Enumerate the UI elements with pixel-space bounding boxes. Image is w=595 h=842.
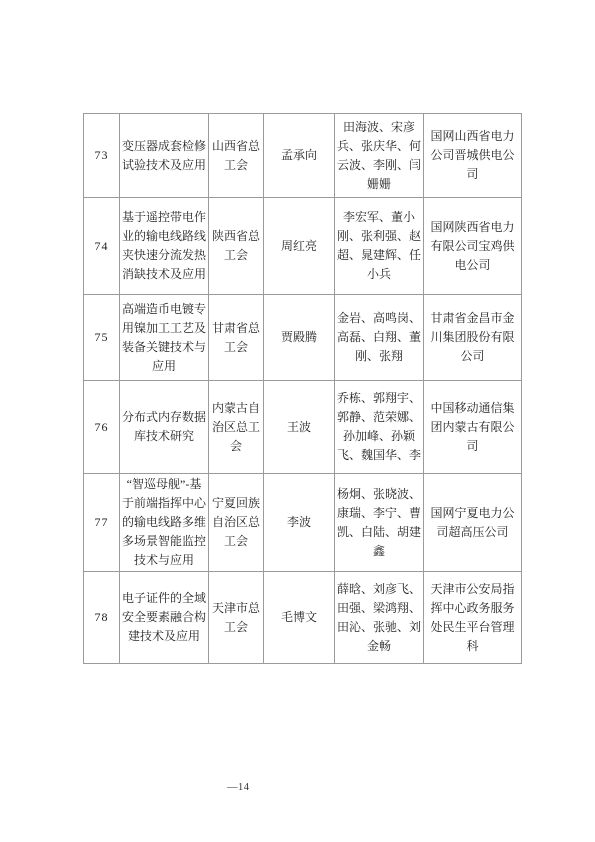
row-number: 78	[84, 572, 120, 664]
project-leader: 毛博文	[264, 572, 335, 664]
team-members: 田海波、宋彦兵、张庆华、何云波、李刚、闫姗姗	[335, 114, 424, 198]
recommending-union: 宁夏回族自治区总工会	[209, 474, 264, 572]
row-number: 76	[84, 381, 120, 474]
work-unit: 甘肃省金昌市金川集团股份有限公司	[424, 295, 522, 381]
project-leader: 孟承向	[264, 114, 335, 198]
work-unit: 中国移动通信集团内蒙古有限公司	[424, 381, 522, 474]
team-members: 乔栋、郭翔宇、郭静、范荣娜、孙加峰、孙颖飞、魏国华、李	[335, 381, 424, 474]
page-number: —14	[227, 782, 250, 793]
project-leader: 李波	[264, 474, 335, 572]
table-row: 74 基于遥控带电作业的输电线路线夹快速分流发热消缺技术及应用 陕西省总工会 周…	[84, 198, 522, 295]
work-unit: 国网陕西省电力有限公司宝鸡供电公司	[424, 198, 522, 295]
project-title: 分布式内存数据库技术研究	[120, 381, 209, 474]
team-members: 李宏军、董小刚、张利强、赵超、晁建辉、任小兵	[335, 198, 424, 295]
table-row: 78 电子证件的全域安全要素融合构建技术及应用 天津市总工会 毛博文 薛晗、刘彦…	[84, 572, 522, 664]
row-number: 75	[84, 295, 120, 381]
team-members: 薛晗、刘彦飞、田强、梁鸿翔、田沁、张驰、刘金畅	[335, 572, 424, 664]
recommending-union: 陕西省总工会	[209, 198, 264, 295]
project-title: 高端造币电镀专用镍加工工艺及装备关键技术与应用	[120, 295, 209, 381]
project-title: 变压器成套检修试验技术及应用	[120, 114, 209, 198]
table-row: 73 变压器成套检修试验技术及应用 山西省总工会 孟承向 田海波、宋彦兵、张庆华…	[84, 114, 522, 198]
project-title: “智巡母舰”-基于前端指挥中心的输电线路多维多场景智能监控技术与应用	[120, 474, 209, 572]
project-leader: 周红亮	[264, 198, 335, 295]
project-leader: 王波	[264, 381, 335, 474]
work-unit: 天津市公安局指挥中心政务服务处民生平台管理科	[424, 572, 522, 664]
row-number: 74	[84, 198, 120, 295]
recommending-union: 内蒙古自治区总工会	[209, 381, 264, 474]
table-row: 75 高端造币电镀专用镍加工工艺及装备关键技术与应用 甘肃省总工会 贾殿腾 金岩…	[84, 295, 522, 381]
row-number: 77	[84, 474, 120, 572]
project-title: 基于遥控带电作业的输电线路线夹快速分流发热消缺技术及应用	[120, 198, 209, 295]
table-row: 77 “智巡母舰”-基于前端指挥中心的输电线路多维多场景智能监控技术与应用 宁夏…	[84, 474, 522, 572]
work-unit: 国网宁夏电力公司超高压公司	[424, 474, 522, 572]
recommending-union: 天津市总工会	[209, 572, 264, 664]
recommending-union: 山西省总工会	[209, 114, 264, 198]
award-project-table: 73 变压器成套检修试验技术及应用 山西省总工会 孟承向 田海波、宋彦兵、张庆华…	[83, 113, 522, 664]
project-leader: 贾殿腾	[264, 295, 335, 381]
team-members: 杨炯、张晓波、康瑞、李宁、曹凯、白陆、胡建鑫	[335, 474, 424, 572]
document-page: 73 变压器成套检修试验技术及应用 山西省总工会 孟承向 田海波、宋彦兵、张庆华…	[0, 0, 595, 842]
row-number: 73	[84, 114, 120, 198]
project-title: 电子证件的全域安全要素融合构建技术及应用	[120, 572, 209, 664]
team-members: 金岩、高鸣岗、高磊、白翔、董刚、张翔	[335, 295, 424, 381]
recommending-union: 甘肃省总工会	[209, 295, 264, 381]
work-unit: 国网山西省电力公司晋城供电公司	[424, 114, 522, 198]
table-row: 76 分布式内存数据库技术研究 内蒙古自治区总工会 王波 乔栋、郭翔宇、郭静、范…	[84, 381, 522, 474]
